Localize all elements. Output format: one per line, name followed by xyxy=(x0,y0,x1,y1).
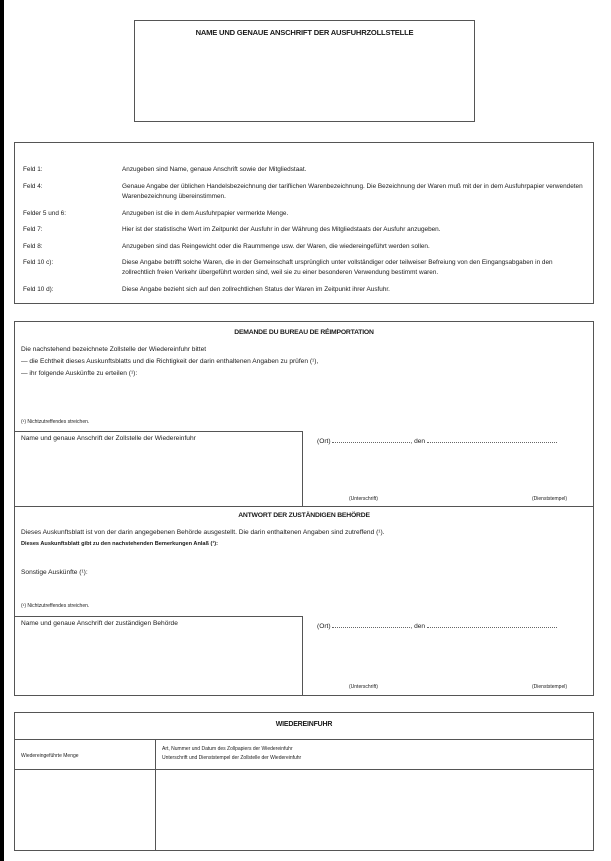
divider xyxy=(15,506,593,507)
note-text: Anzugeben sind das Reingewicht oder die … xyxy=(122,242,585,252)
note-row: Feld 8:Anzugeben sind das Reingewicht od… xyxy=(23,242,585,252)
request-title: DEMANDE DU BUREAU DE RÉIMPORTATION xyxy=(15,329,593,336)
request-item-info: — ihr folgende Auskünfte zu erteilen (¹)… xyxy=(21,370,137,377)
export-office-box: NAME UND GENAUE ANSCHRIFT DER AUSFUHRZOL… xyxy=(134,20,475,122)
note-label: Felder 5 und 6: xyxy=(23,209,122,219)
reimport-office-field[interactable]: Name und genaue Anschrift der Zollstelle… xyxy=(15,431,303,506)
request-answer-box: DEMANDE DU BUREAU DE RÉIMPORTATION Die n… xyxy=(14,321,594,696)
document-header: Art, Nummer und Datum des Zollpapiers de… xyxy=(162,746,293,752)
reimport-box: WIEDEREINFUHR Wiedereingeführte Menge Ar… xyxy=(14,712,594,851)
date-label: , den xyxy=(410,438,425,445)
note-text: Hier ist der statistische Wert im Zeitpu… xyxy=(122,225,585,235)
signature-header: Unterschrift und Dienststempel der Zolls… xyxy=(162,755,301,761)
note-row: Feld 4:Genaue Angabe der üblichen Handel… xyxy=(23,182,585,201)
note-label: Feld 8: xyxy=(23,242,122,252)
note-text: Diese Angabe betrifft solche Waren, die … xyxy=(122,258,585,277)
note-label: Feld 7: xyxy=(23,225,122,235)
scan-edge xyxy=(0,0,4,861)
answer-title: ANTWORT DER ZUSTÄNDIGEN BEHÖRDE xyxy=(15,512,593,519)
answer-line-valid: Dieses Auskunftsblatt ist von der darin … xyxy=(21,529,385,536)
stamp-label: (Dienststempel) xyxy=(532,496,567,502)
date-label: , den xyxy=(410,623,425,630)
quantity-header: Wiedereingeführte Menge xyxy=(21,753,79,759)
signature-label: (Unterschrift) xyxy=(349,496,378,502)
stamp-label: (Dienststempel) xyxy=(532,684,567,690)
authority-field[interactable]: Name und genaue Anschrift der zuständige… xyxy=(15,616,303,696)
field-notes-box: Feld 1:Anzugeben sind Name, genaue Ansch… xyxy=(14,142,594,304)
authority-label: Name und genaue Anschrift der zuständige… xyxy=(21,620,178,627)
reimport-office-label: Name und genaue Anschrift der Zollstelle… xyxy=(21,435,196,442)
note-label: Feld 4: xyxy=(23,182,122,201)
note-label: Feld 1: xyxy=(23,165,122,175)
note-text: Anzugeben sind Name, genaue Anschrift so… xyxy=(122,165,585,175)
document-field[interactable] xyxy=(156,770,593,850)
request-intro: Die nachstehend bezeichnete Zollstelle d… xyxy=(21,346,206,353)
answer-other-info: Sonstige Auskünfte (¹): xyxy=(21,569,88,576)
note-text: Diese Angabe bezieht sich auf den zollre… xyxy=(122,285,585,295)
signature-label: (Unterschrift) xyxy=(349,684,378,690)
note-label: Feld 10 d): xyxy=(23,285,122,295)
request-item-verify: — die Echtheit dieses Auskunftsblatts un… xyxy=(21,358,318,365)
place-dots xyxy=(332,621,410,628)
note-label: Feld 10 c): xyxy=(23,258,122,277)
answer-line-remarks: Dieses Auskunftsblatt gibt zu den nachst… xyxy=(21,541,218,547)
note-row: Feld 10 d):Diese Angabe bezieht sich auf… xyxy=(23,285,585,295)
divider xyxy=(15,739,593,740)
note-row: Feld 1:Anzugeben sind Name, genaue Ansch… xyxy=(23,165,585,175)
note-row: Feld 10 c):Diese Angabe betrifft solche … xyxy=(23,258,585,277)
answer-place-date-line[interactable]: (Ort) , den xyxy=(317,621,557,630)
request-footnote: (¹) Nichtzutreffendes streichen. xyxy=(21,419,89,425)
note-row: Feld 7:Hier ist der statistische Wert im… xyxy=(23,225,585,235)
place-dots xyxy=(332,436,410,443)
note-text: Genaue Angabe der üblichen Handelsbezeic… xyxy=(122,182,585,201)
reimport-title: WIEDEREINFUHR xyxy=(15,721,593,728)
date-dots xyxy=(427,621,557,628)
place-label: (Ort) xyxy=(317,438,331,445)
answer-footnote: (¹) Nichtzutreffendes streichen. xyxy=(21,603,89,609)
note-row: Felder 5 und 6:Anzugeben ist die in dem … xyxy=(23,209,585,219)
export-office-title: NAME UND GENAUE ANSCHRIFT DER AUSFUHRZOL… xyxy=(135,28,474,37)
note-text: Anzugeben ist die in dem Ausfuhrpapier v… xyxy=(122,209,585,219)
date-dots xyxy=(427,436,557,443)
place-label: (Ort) xyxy=(317,623,331,630)
request-place-date-line[interactable]: (Ort) , den xyxy=(317,436,557,445)
quantity-field[interactable] xyxy=(15,770,155,850)
